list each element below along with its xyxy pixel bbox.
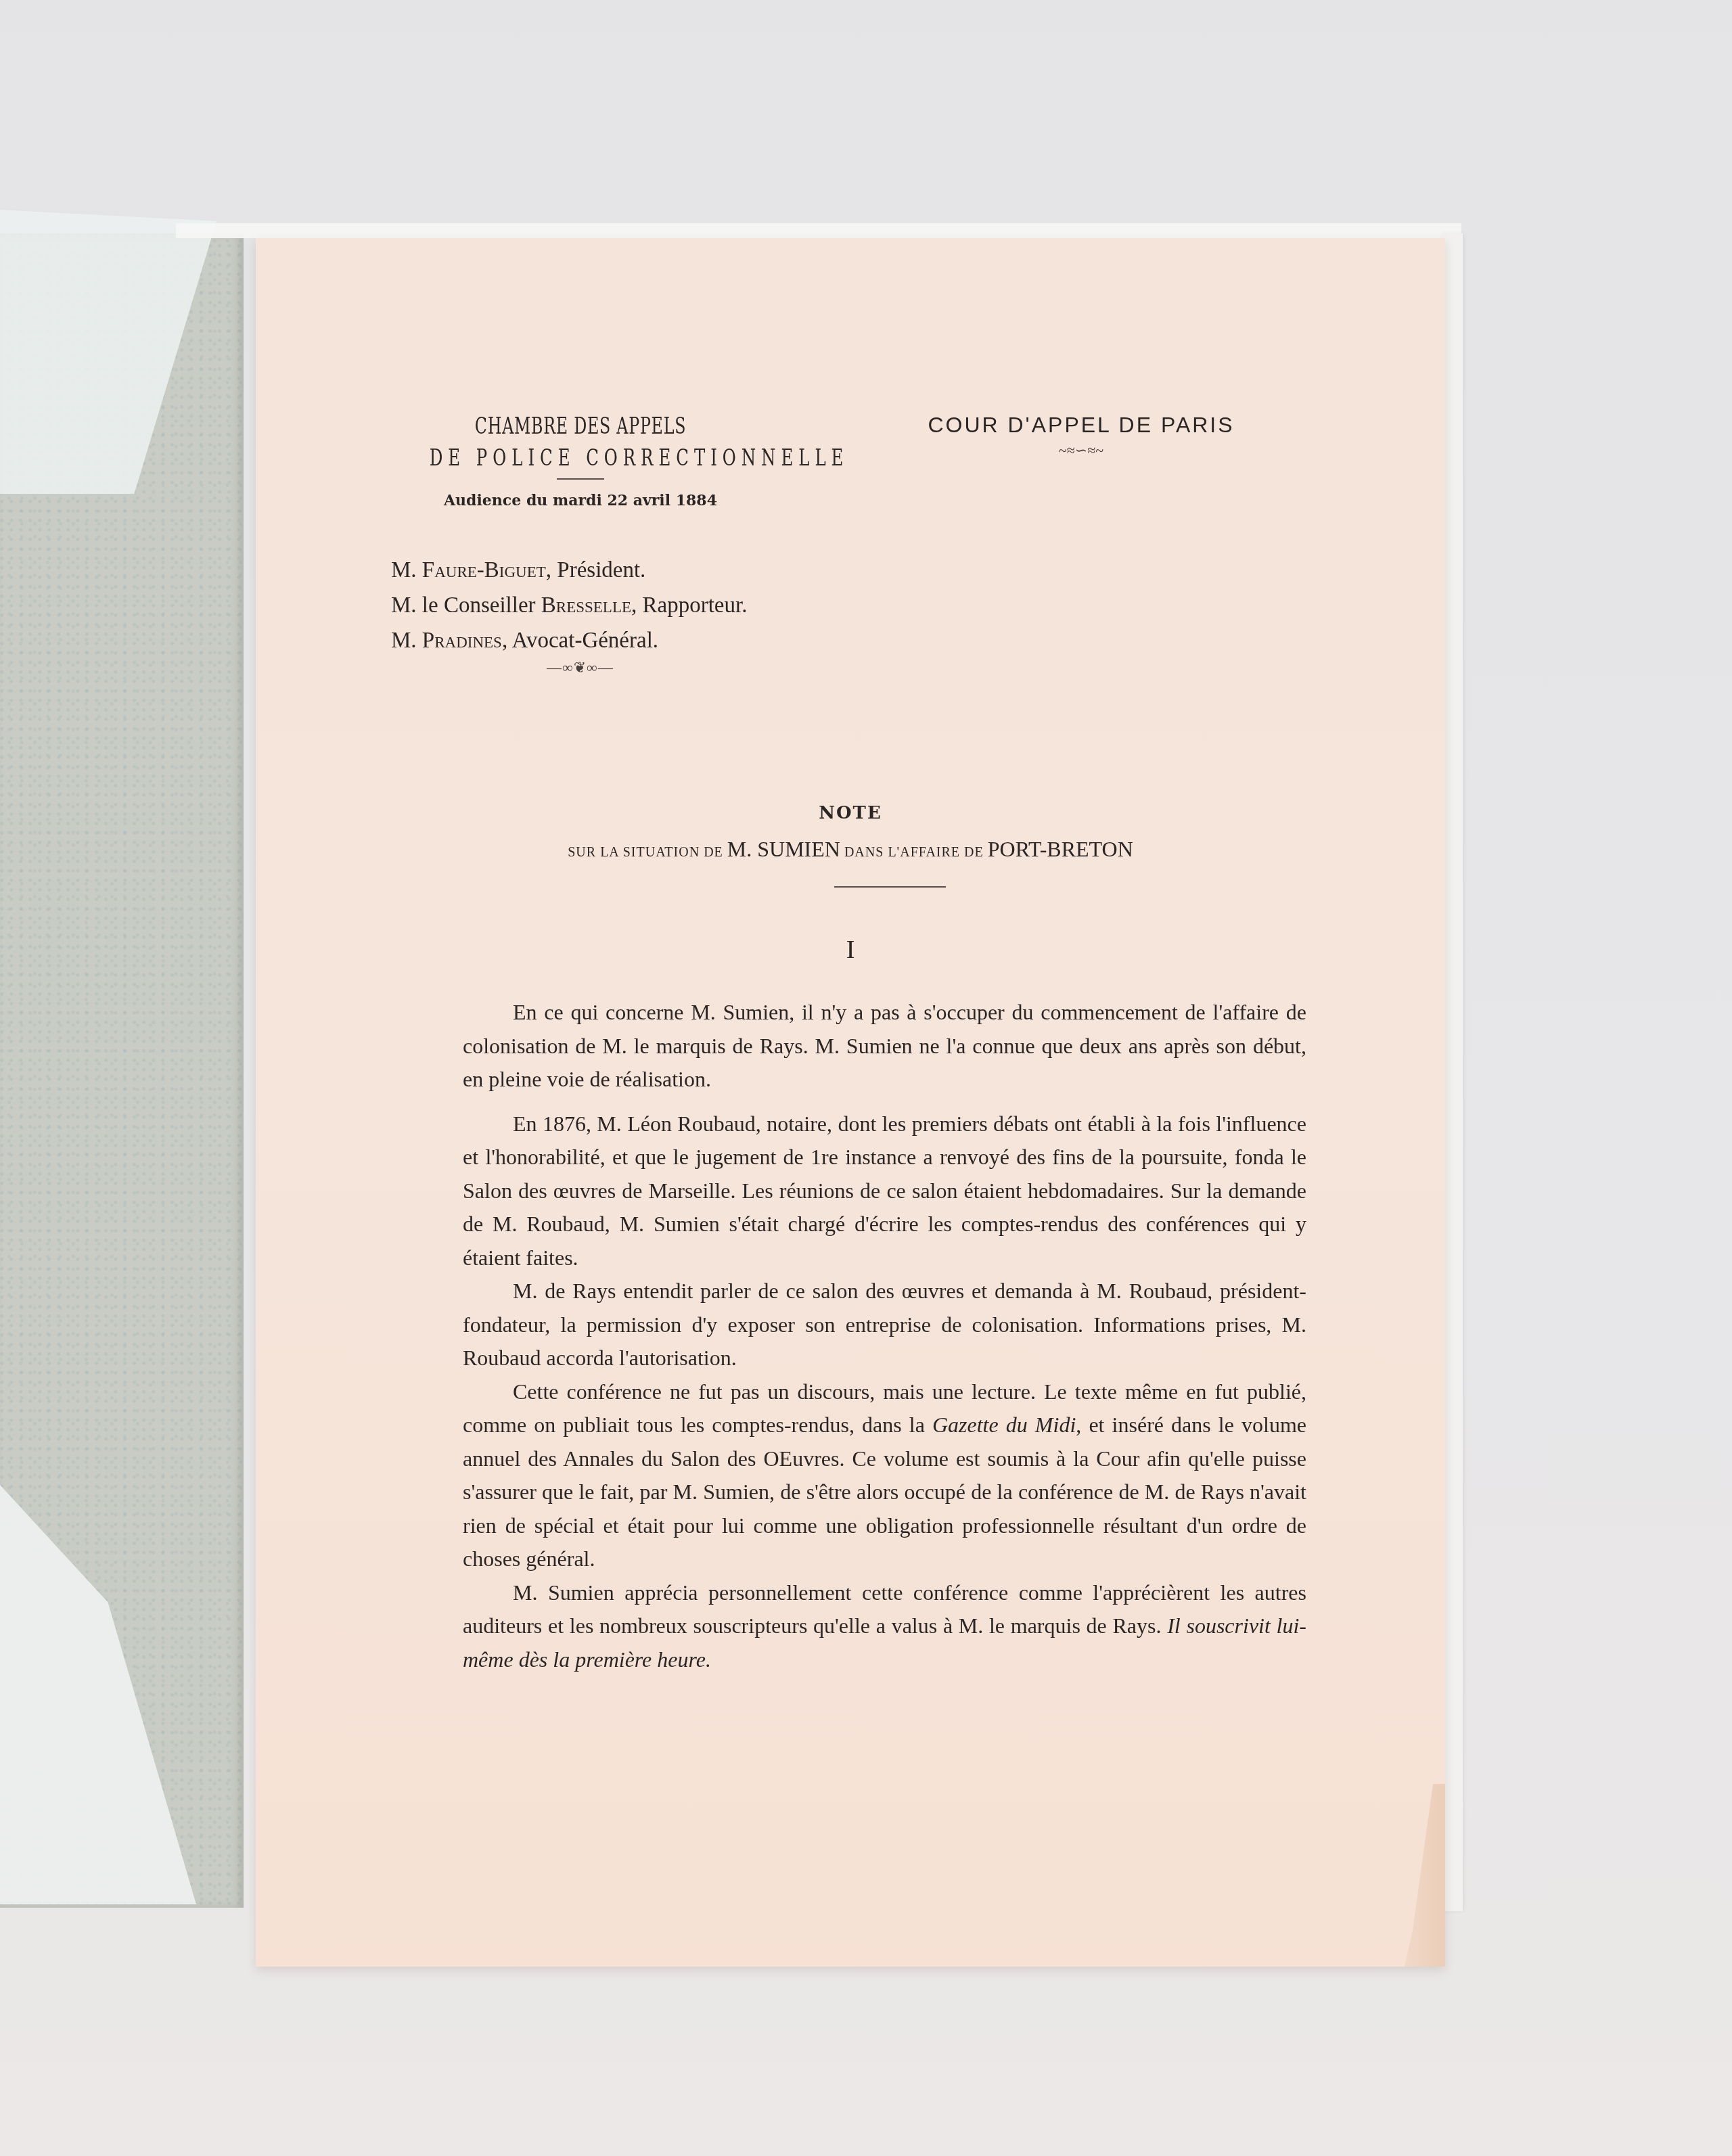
paragraph: En 1876, M. Léon Roubaud, notaire, dont … [463,1107,1306,1275]
roster-role: , Rapporteur. [631,593,747,618]
subtitle-part: PORT-BRETON [988,837,1133,861]
roster-role: , Président. [546,558,646,582]
roster-prefix: M. [391,558,422,582]
body-text: En ce qui concerne M. Sumien, il n'y a p… [463,996,1306,1676]
subtitle-part: dans l'affaire de [840,845,988,860]
ornament-icon: ~≈∽≈~ [905,442,1257,459]
note-title: NOTE [256,803,1445,823]
roster-name: Faure-Biguet [422,558,546,582]
roster-row-avocat-general: M. Pradines, Avocat-Général. [391,623,747,658]
chamber-title-line2: DE POLICE CORRECTIONNELLE [430,444,731,472]
roster-role: , Avocat-Général. [502,628,658,653]
document-page: CHAMBRE DES APPELS DE POLICE CORRECTIONN… [256,238,1445,1967]
paragraph: M. Sumien apprécia personnellement cette… [463,1576,1306,1677]
court-roster: M. Faure-Biguet, Président. M. le Consei… [391,553,747,658]
paragraph: M. de Rays entendit parler de ce salon d… [463,1275,1306,1375]
glassine-wrapper-strip [176,223,1461,238]
roster-prefix: M. [391,628,422,653]
court-name: COUR D'APPEL DE PARIS [905,413,1257,438]
torn-corner [1405,1784,1445,1967]
roster-name: Bresselle [541,593,631,618]
italic-title: Gazette du Midi [932,1413,1076,1437]
paragraph: Cette conférence ne fut pas un discours,… [463,1375,1306,1576]
roster-row-rapporteur: M. le Conseiller Bresselle, Rapporteur. [391,588,747,623]
roster-name: Pradines [422,628,502,653]
hearing-date: Audience du mardi 22 avril 1884 [371,492,790,509]
chamber-header: CHAMBRE DES APPELS DE POLICE CORRECTIONN… [371,413,790,509]
chamber-title-line1: CHAMBRE DES APPELS [430,413,731,439]
court-header: COUR D'APPEL DE PARIS ~≈∽≈~ [905,413,1257,459]
subtitle-part: M. SUMIEN [727,837,840,861]
divider-rule [557,478,604,480]
paragraph: En ce qui concerne M. Sumien, il n'y a p… [463,996,1306,1097]
divider-rule [834,886,946,888]
roster-row-president: M. Faure-Biguet, Président. [391,553,747,588]
roster-prefix: M. le Conseiller [391,593,541,618]
ornament-icon: —∞❦∞— [547,659,614,676]
section-numeral: I [256,935,1445,965]
subtitle-part: Sur la situation de [568,845,727,860]
note-subtitle: Sur la situation de M. SUMIEN dans l'aff… [256,837,1445,862]
